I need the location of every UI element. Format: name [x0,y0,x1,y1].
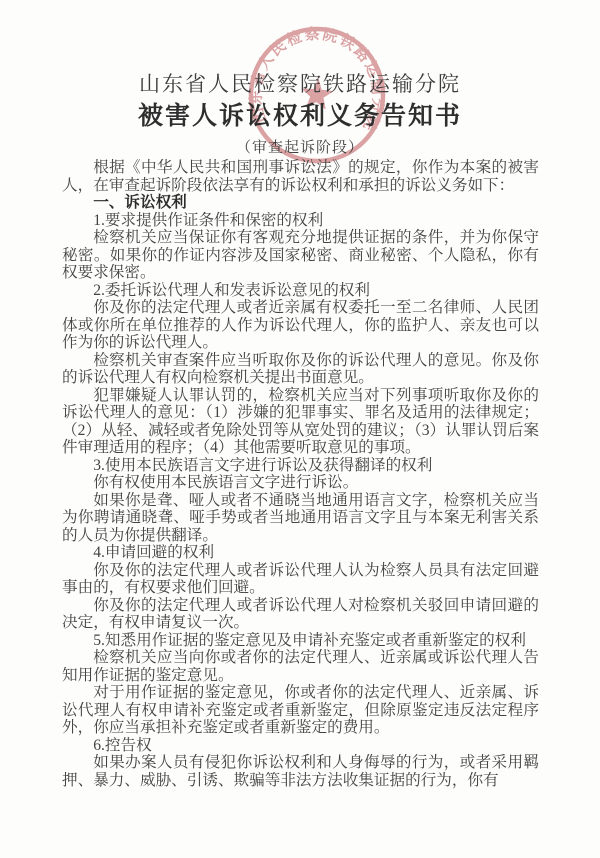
item-heading: 2.委托诉讼代理人和发表诉讼意见的权利 [62,282,539,300]
item-heading: 6.控告权 [62,737,539,755]
paragraph: 你及你的法定代理人或者诉讼代理人对检察机关驳回申请回避的决定，有权申请复议一次。 [62,597,539,632]
paragraph: 你及你的法定代理人或者诉讼代理人认为检察人员具有法定回避事由的，有权要求他们回避… [62,562,539,597]
paragraph: 犯罪嫌疑人认罪认罚的，检察机关应当对下列事项听取你及你的诉讼代理人的意见：（1）… [62,387,539,457]
item-heading: 1.要求提供作证条件和保密的权利 [62,212,539,230]
paragraph: 检察机关应当向你或者你的法定代理人、近亲属或诉讼代理人告知用作证据的鉴定意见。 [62,649,539,684]
item-heading: 4.申请回避的权利 [62,544,539,562]
stage-note: （审查起诉阶段） [0,136,600,157]
paragraph: 如果你是聋、哑人或者不通晓当地通用语言文字，检察机关应当为你聘请通晓聋、哑手势或… [62,492,539,545]
paragraph: 你及你的法定代理人或者近亲属有权委托一至二名律师、人民团体或你所在单位推荐的人作… [62,299,539,352]
item-heading: 5.知悉用作证据的鉴定意见及申请补充鉴定或者重新鉴定的权利 [62,632,539,650]
document-page: 山东省人民检察院铁路运输分院 山东省人民检察院铁路运输分院 被害人诉讼权利义务告… [0,0,600,858]
paragraph: 如果办案人员有侵犯你诉讼权利和人身侮辱的行为，或者采用羁押、暴力、威胁、引诱、欺… [62,754,539,789]
paragraph: 根据《中华人民共和国刑事诉讼法》的规定，你作为本案的被害人，在审查起诉阶段依法享… [62,159,539,194]
section-heading: 一、诉讼权利 [62,194,539,212]
item-heading: 3.使用本民族语言文字进行诉讼及获得翻译的权利 [62,457,539,475]
page-title: 被害人诉讼权利义务告知书 [0,96,600,132]
paragraph: 你有权使用本民族语言文字进行诉讼。 [62,474,539,492]
paragraph: 检察机关应当保证你有客观充分地提供证据的条件，并为你保守秘密。如果你的作证内容涉… [62,229,539,282]
document-body: 根据《中华人民共和国刑事诉讼法》的规定，你作为本案的被害人，在审查起诉阶段依法享… [62,159,539,789]
paragraph: 检察机关审查案件应当听取你及你的诉讼代理人的意见。你及你的诉讼代理人有权向检察机… [62,352,539,387]
org-name: 山东省人民检察院铁路运输分院 [0,68,600,98]
paragraph: 对于用作证据的鉴定意见，你或者你的法定代理人、近亲属、诉讼代理人有权申请补充鉴定… [62,684,539,737]
